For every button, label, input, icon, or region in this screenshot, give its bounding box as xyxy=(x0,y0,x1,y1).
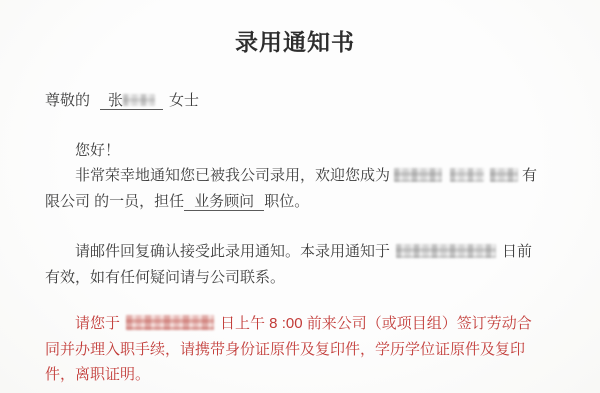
redacted-company-branch xyxy=(490,168,518,182)
redacted-validity-date xyxy=(396,244,496,258)
reply-text-before-date: 请邮件回复确认接受此录用通知。本录用通知于 xyxy=(75,243,390,260)
recipient-surname: 张 xyxy=(108,92,123,109)
onboarding-text-before-date: 请您于 xyxy=(75,315,120,332)
intro-paragraph: 非常荣幸地通知您已被我公司录用，欢迎您成为有限公司 的一员，担任业务顾问职位。 xyxy=(45,163,545,214)
redacted-recipient-given-name xyxy=(123,94,155,106)
document-title: 录用通知书 xyxy=(45,28,545,56)
salutation-honorific: 女士 xyxy=(169,92,199,109)
salutation-line: 尊敬的张女士 xyxy=(45,88,545,114)
recipient-name-blank: 张 xyxy=(100,92,163,110)
position-blank: 业务顾问 xyxy=(184,193,264,211)
intro-text-before-company: 非常荣幸地通知您已被我公司录用，欢迎您成为 xyxy=(75,167,390,184)
redacted-company-city xyxy=(450,168,484,182)
onboarding-paragraph: 请您于日上午 8 :00 前来公司（或项目组）签订劳动合同并办理入职手续，请携带… xyxy=(45,311,545,388)
reply-paragraph: 请邮件回复确认接受此录用通知。本录用通知于日前有效，如有任何疑问请与公司联系。 xyxy=(45,239,545,290)
intro-text-after-position: 职位。 xyxy=(264,193,309,210)
offer-letter-document: 录用通知书 尊敬的张女士 您好！ 非常荣幸地通知您已被我公司录用，欢迎您成为有限… xyxy=(0,0,600,388)
greeting-line: 您好！ xyxy=(45,138,545,164)
salutation-prefix: 尊敬的 xyxy=(45,92,90,109)
redacted-onboarding-date xyxy=(126,315,214,330)
redacted-company-name xyxy=(394,168,442,182)
